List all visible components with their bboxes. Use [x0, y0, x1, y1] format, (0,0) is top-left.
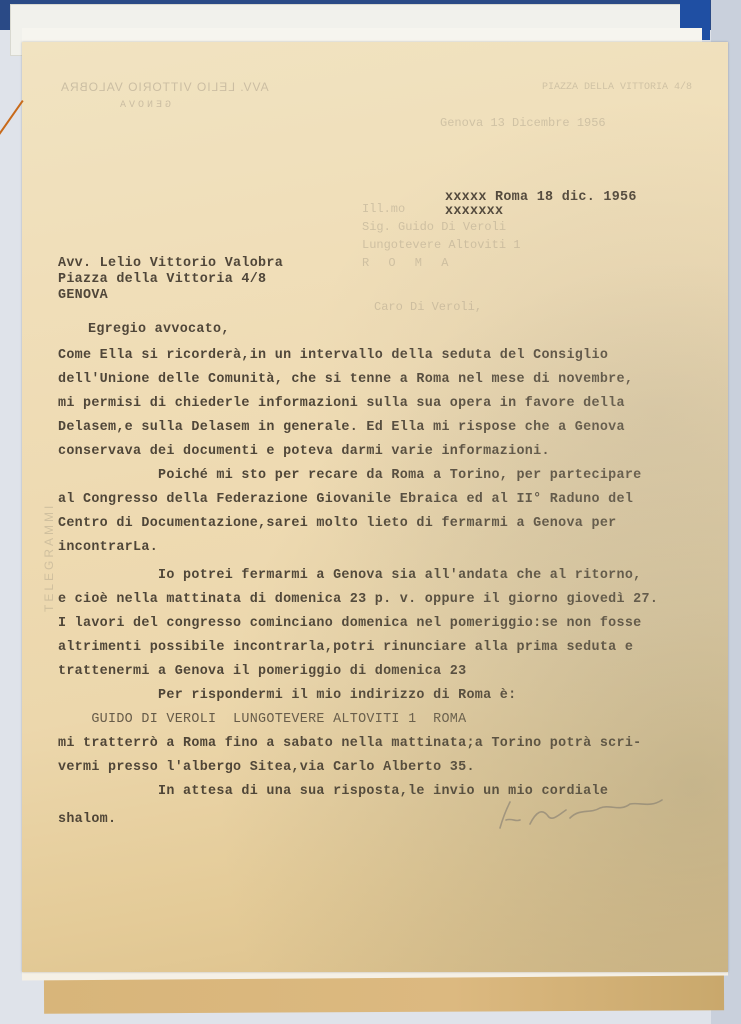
body-line: Delasem,e sulla Delasem in generale. Ed …: [58, 420, 625, 435]
bleed-recipient-1: Ill.mo: [362, 202, 405, 216]
body-line: incontrarLa.: [58, 540, 158, 555]
body-line-address: GUIDO DI VEROLI LUNGOTEVERE ALTOVITI 1 R…: [58, 712, 466, 727]
bleed-date: Genova 13 Dicembre 1956: [440, 116, 606, 130]
body-line: Centro di Documentazione,sarei molto lie…: [58, 516, 617, 531]
body-line: Io potrei fermarmi a Genova sia all'anda…: [58, 568, 642, 583]
bleed-recipient-3: Lungotevere Altoviti 1: [362, 238, 520, 252]
bleed-salutation: Caro Di Veroli,: [374, 300, 482, 314]
bleed-letterhead: AVV. LELIO VITTORIO VALOBRA: [60, 80, 269, 94]
bleed-recipient-2: Sig. Guido Di Veroli: [362, 220, 506, 234]
closing: shalom.: [58, 812, 116, 827]
body-line: Come Ella si ricorderà,in un intervallo …: [58, 348, 608, 363]
bleed-letterhead-city: GENOVA: [117, 100, 171, 111]
pencil-mark: [0, 100, 24, 191]
body-line: vermi presso l'albergo Sitea,via Carlo A…: [58, 760, 475, 775]
body-line: dell'Unione delle Comunità, che si tenne…: [58, 372, 633, 387]
bleed-address-right: PIAZZA DELLA VITTORIA 4/8: [542, 82, 692, 93]
body-line: I lavori del congresso cominciano domeni…: [58, 616, 642, 631]
bleed-recipient-4: R O M A: [362, 256, 454, 270]
body-line: Poiché mi sto per recare da Roma a Torin…: [58, 468, 642, 483]
signature-icon: [490, 794, 670, 834]
body-line: conservava dei documenti e poteva darmi …: [58, 444, 550, 459]
body-line: e cioè nella mattinata di domenica 23 p.…: [58, 592, 658, 607]
letter-page: AVV. LELIO VITTORIO VALOBRA GENOVA PIAZZ…: [22, 42, 728, 972]
bleed-side-stamp: TELEGRAMMI: [42, 503, 56, 612]
address-line-name: Avv. Lelio Vittorio Valobra: [58, 256, 283, 271]
body-line: altrimenti possibile incontrarla,potri r…: [58, 640, 633, 655]
body-line: mi permisi di chiederle informazioni sul…: [58, 396, 625, 411]
date-strikeout: xxxxxxx: [445, 204, 503, 219]
salutation: Egregio avvocato,: [88, 322, 230, 337]
body-line: Per rispondermi il mio indirizzo di Roma…: [58, 688, 516, 703]
address-line-city: GENOVA: [58, 288, 108, 303]
body-line: mi tratterrò a Roma fino a sabato nella …: [58, 736, 642, 751]
address-line-street: Piazza della Vittoria 4/8: [58, 272, 266, 287]
letter-date: xxxxx Roma 18 dic. 1956: [445, 190, 637, 205]
body-line: al Congresso della Federazione Giovanile…: [58, 492, 633, 507]
body-line: trattenermi a Genova il pomeriggio di do…: [58, 664, 466, 679]
